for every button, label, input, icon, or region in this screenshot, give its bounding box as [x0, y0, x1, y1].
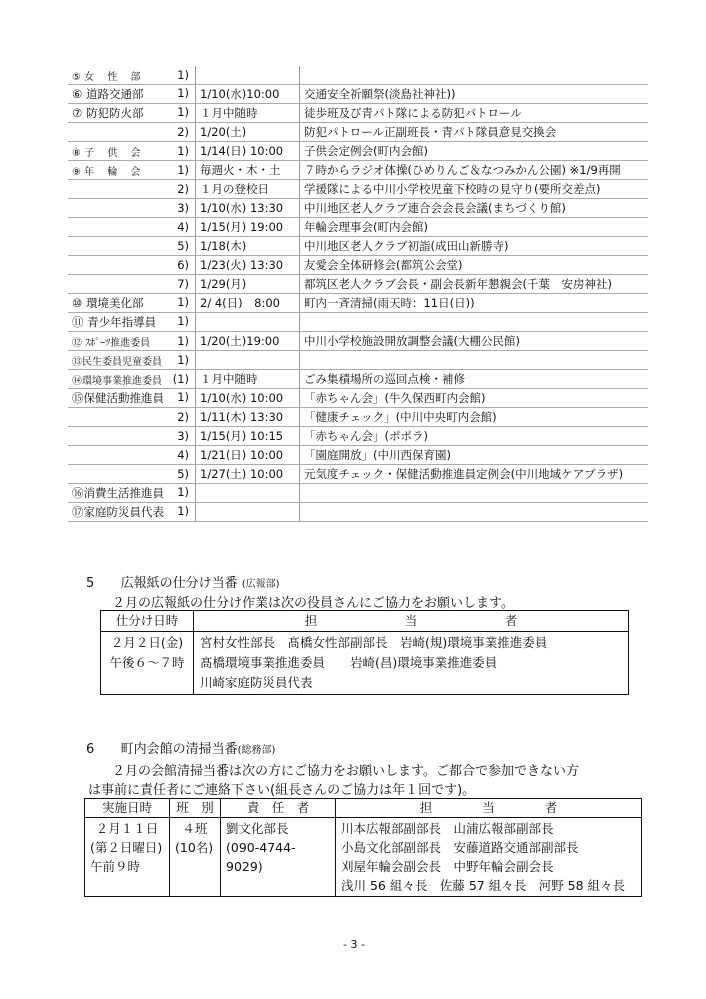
date-cell: 2/ 4(日) 8:00: [196, 294, 300, 313]
schedule-row: 4)1/21(日) 10:00「園庭開放」(中川西保育園): [68, 446, 648, 465]
date-cell: 1/27(土) 10:00: [196, 465, 300, 484]
group-name: ⑨ 年 輪 会: [72, 163, 141, 178]
cleaning-date: ２月１１日: [90, 819, 164, 838]
schedule-row: ⑤ 女 性 部1): [68, 66, 648, 85]
group-cell: ⑩ 環境美化部1): [68, 294, 196, 313]
group-cell: ⑪ 青少年指導員1): [68, 313, 196, 332]
group-cell: ⑭環境事業推進委員(1): [68, 370, 196, 389]
date-cell: 1/15(月) 19:00: [196, 218, 300, 237]
event-cell: ７時からラジオ体操(ひめりんご＆なつみかん公園) ※1/9再開: [300, 161, 649, 180]
schedule-row: ⑨ 年 輪 会1)毎週火・木・土７時からラジオ体操(ひめりんご＆なつみかん公園)…: [68, 161, 648, 180]
date-cell: 1/23(火) 13:30: [196, 256, 300, 275]
event-cell: 交通安全祈願祭(淡島社神社)): [300, 85, 649, 104]
staff-line: 川本広報部副部長 山浦広報部副部長: [341, 819, 636, 838]
group-cell: ⑰家庭防災員代表1): [68, 503, 196, 522]
schedule-row: ⑬民生委員児童委員1): [68, 351, 648, 370]
leader-name: 劉文化部長: [226, 819, 330, 838]
date-cell: 1/10(水) 10:00: [196, 389, 300, 408]
event-cell: 学援隊による中川小学校児童下校時の見守り(要所交差点): [300, 180, 649, 199]
date-cell: [196, 484, 300, 503]
group-cell: ⑦ 防犯防火部1): [68, 104, 196, 123]
schedule-row: ⑧ 子 供 会1)1/14(日) 10:00子供会定例会(町内会館): [68, 142, 648, 161]
group-name: ⑤ 女 性 部: [72, 68, 141, 83]
header-sorting-datetime: 仕分け日時: [101, 611, 194, 632]
staff-line: 浅川 56 組々長 佐藤 57 組々長 河野 58 組々長: [341, 876, 636, 895]
group-cell: 7): [68, 275, 196, 294]
schedule-row: ⑩ 環境美化部1)2/ 4(日) 8:00町内一斉清掃(雨天時：11日(日)): [68, 294, 648, 313]
group-name: ４班: [175, 819, 215, 838]
event-cell: [300, 66, 649, 85]
group-cell: 5): [68, 465, 196, 484]
group-cell: ⑥ 道路交通部1): [68, 85, 196, 104]
section5-dept: (広報部): [242, 579, 280, 590]
date-cell: 1/15(月) 10:15: [196, 427, 300, 446]
schedule-row: 2)１月の登校日学援隊による中川小学校児童下校時の見守り(要所交差点): [68, 180, 648, 199]
group-cell: ⑮保健活動推進員1): [68, 389, 196, 408]
schedule-row: 4)1/15(月) 19:00年輪会理事会(町内会館): [68, 218, 648, 237]
date-cell: 1/10(水)10:00: [196, 85, 300, 104]
monthly-activity-schedule-table: ⑤ 女 性 部1)⑥ 道路交通部1)1/10(水)10:00交通安全祈願祭(淡島…: [68, 66, 648, 522]
item-number: (1): [173, 372, 189, 386]
item-number: 5): [177, 239, 189, 253]
event-cell: 中川小学校施設開放調整会議(大棚公民館): [300, 332, 649, 351]
date-cell: [196, 503, 300, 522]
event-cell: [300, 351, 649, 370]
group-cell: ⑫ ｽﾎﾟｰﾂ推進委員1): [68, 332, 196, 351]
staff-line: 川崎家庭防災員代表: [200, 673, 622, 693]
item-number: 1): [177, 485, 189, 499]
section6-dept: (総務部): [238, 745, 276, 756]
event-cell: [300, 503, 649, 522]
group-cell: ⑧ 子 供 会1): [68, 142, 196, 161]
item-number: 1): [177, 353, 189, 367]
item-number: 3): [177, 429, 189, 443]
schedule-row: 7)1/29(月)都筑区老人クラブ会長・副会長新年懇親会(千葉 安房神社): [68, 275, 648, 294]
event-cell: 中川地区老人クラブ連合会会長会議(まちづくり館): [300, 199, 649, 218]
item-number: 7): [177, 277, 189, 291]
event-cell: 子供会定例会(町内会館): [300, 142, 649, 161]
section6-intro-line2: は事前に責任者にご連絡下さい(組長さんのご協力は年１回です)。: [88, 779, 475, 798]
cleaning-day: (第２日曜日): [90, 838, 164, 857]
item-number: 6): [177, 258, 189, 272]
date-cell: 1/11(木) 13:30: [196, 408, 300, 427]
event-cell: 「赤ちゃん会」(ポポラ): [300, 427, 649, 446]
group-cell: 3): [68, 199, 196, 218]
date-cell: 1/20(土): [196, 123, 300, 142]
group-name: ⑰家庭防災員代表: [72, 504, 164, 520]
date-cell: 1/29(月): [196, 275, 300, 294]
section6-intro-line1: ２月の会館清掃当番は次の方にご協力をお願いします。ご都合で参加できない方: [112, 760, 579, 779]
schedule-row: ⑭環境事業推進委員(1)１月中随時ごみ集積場所の巡回点検・補修: [68, 370, 648, 389]
event-cell: 年輪会理事会(町内会館): [300, 218, 649, 237]
item-number: 1): [177, 68, 189, 82]
header-staff: 担 当 者: [336, 799, 642, 818]
header-leader: 責 任 者: [221, 799, 336, 818]
leader-phone: (090-4744-9029): [226, 838, 330, 876]
cleaning-duty-table: 実施日時 班 別 責 任 者 担 当 者 ２月１１日 (第２日曜日) 午前９時 …: [84, 798, 642, 897]
date-cell: 1/18(木): [196, 237, 300, 256]
event-cell: 「園庭開放」(中川西保育園): [300, 446, 649, 465]
group-name: ⑩ 環境美化部: [72, 295, 143, 311]
schedule-row: ⑫ ｽﾎﾟｰﾂ推進委員1)1/20(土)19:00中川小学校施設開放調整会議(大…: [68, 332, 648, 351]
date-cell: 毎週火・木・土: [196, 161, 300, 180]
group-name: ⑭環境事業推進委員: [72, 372, 162, 387]
date-cell: １月の登校日: [196, 180, 300, 199]
group-cell: 4): [68, 446, 196, 465]
item-number: 3): [177, 201, 189, 215]
sorting-time: 午後６～７時: [107, 653, 187, 673]
schedule-row: ⑪ 青少年指導員1): [68, 313, 648, 332]
schedule-row: 5)1/27(土) 10:00元気度チェック・保健活動推進員定例会(中川地域ケア…: [68, 465, 648, 484]
event-cell: 「健康チェック」(中川中央町内会館): [300, 408, 649, 427]
item-number: 1): [177, 334, 189, 348]
header-group: 班 別: [170, 799, 221, 818]
group-cell: 2): [68, 408, 196, 427]
group-size: (10名): [175, 838, 215, 857]
schedule-row: 2)1/11(木) 13:30「健康チェック」(中川中央町内会館): [68, 408, 648, 427]
group-cell: ⑯消費生活推進員1): [68, 484, 196, 503]
group-cell: 4): [68, 218, 196, 237]
group-cell: 2): [68, 180, 196, 199]
schedule-row: ⑦ 防犯防火部1)１月中随時徒歩班及び青パト隊による防犯パトロール: [68, 104, 648, 123]
group-cell: 2): [68, 123, 196, 142]
section6-heading: 6 町内会館の清掃当番(総務部): [86, 738, 275, 757]
item-number: 2): [177, 182, 189, 196]
date-cell: １月中随時: [196, 104, 300, 123]
date-cell: 1/14(日) 10:00: [196, 142, 300, 161]
sorting-duty-table: 仕分け日時 担 当 者 ２月２日(金) 午後６～７時 宮村女性部長 髙橋女性部副…: [100, 610, 629, 695]
group-cell: ⑨ 年 輪 会1): [68, 161, 196, 180]
page-number: - 3 -: [343, 938, 365, 951]
schedule-row: ⑮保健活動推進員1)1/10(水) 10:00「赤ちゃん会」(牛久保西町内会館): [68, 389, 648, 408]
header-date: 実施日時: [85, 799, 170, 818]
group-name: ⑪ 青少年指導員: [72, 314, 156, 330]
date-cell: [196, 313, 300, 332]
group-name: ⑦ 防犯防火部: [72, 105, 143, 121]
group-name: ⑬民生委員児童委員: [72, 353, 162, 368]
sorting-date: ２月２日(金): [107, 633, 187, 653]
item-number: 1): [177, 390, 189, 404]
event-cell: 「赤ちゃん会」(牛久保西町内会館): [300, 389, 649, 408]
group-cell: 5): [68, 237, 196, 256]
event-cell: 徒歩班及び青パト隊による防犯パトロール: [300, 104, 649, 123]
date-cell: 1/10(水) 13:30: [196, 199, 300, 218]
group-cell: ⑤ 女 性 部1): [68, 66, 196, 85]
item-number: 1): [177, 314, 189, 328]
item-number: 1): [177, 504, 189, 518]
date-cell: １月中随時: [196, 370, 300, 389]
item-number: 1): [177, 144, 189, 158]
section5-title: 広報紙の仕分け当番: [121, 576, 238, 591]
event-cell: 防犯パトロール正副班長・青パト隊員意見交換会: [300, 123, 649, 142]
item-number: 4): [177, 220, 189, 234]
date-cell: 1/20(土)19:00: [196, 332, 300, 351]
event-cell: 町内一斉清掃(雨天時：11日(日)): [300, 294, 649, 313]
section5-intro: ２月の広報紙の仕分け作業は次の役員さんにご協力をお願いします。: [112, 592, 514, 611]
schedule-row: ⑯消費生活推進員1): [68, 484, 648, 503]
group-cell: 3): [68, 427, 196, 446]
item-number: 1): [177, 105, 189, 119]
date-cell: 1/21(日) 10:00: [196, 446, 300, 465]
group-name: ⑯消費生活推進員: [72, 485, 164, 501]
date-cell: [196, 351, 300, 370]
item-number: 5): [177, 467, 189, 481]
cleaning-time: 午前９時: [90, 857, 164, 876]
header-staff: 担 当 者: [194, 611, 629, 632]
event-cell: [300, 313, 649, 332]
item-number: 1): [177, 295, 189, 309]
item-number: 1): [177, 163, 189, 177]
group-cell: 6): [68, 256, 196, 275]
event-cell: 中川地区老人クラブ初詣(成田山新勝寺): [300, 237, 649, 256]
staff-line: 宮村女性部長 髙橋女性部副部長 岩崎(規)環境事業推進委員: [200, 633, 622, 653]
section5-number: 5: [86, 576, 94, 591]
event-cell: [300, 484, 649, 503]
staff-line: 刈屋年輪会副会長 中野年輪会副会長: [341, 857, 636, 876]
event-cell: ごみ集積場所の巡回点検・補修: [300, 370, 649, 389]
section6-number: 6: [86, 742, 94, 757]
group-name: ⑮保健活動推進員: [72, 390, 164, 406]
event-cell: 都筑区老人クラブ会長・副会長新年懇親会(千葉 安房神社): [300, 275, 649, 294]
staff-line: 小島文化部副部長 安藤道路交通部副部長: [341, 838, 636, 857]
item-number: 4): [177, 448, 189, 462]
item-number: 2): [177, 125, 189, 139]
schedule-row: ⑰家庭防災員代表1): [68, 503, 648, 522]
group-name: ⑫ ｽﾎﾟｰﾂ推進委員: [72, 334, 150, 349]
item-number: 1): [177, 86, 189, 100]
section5-heading: 5 広報紙の仕分け当番 (広報部): [86, 572, 280, 591]
schedule-row: 3)1/15(月) 10:15「赤ちゃん会」(ポポラ): [68, 427, 648, 446]
group-name: ⑧ 子 供 会: [72, 144, 141, 159]
schedule-row: 2)1/20(土)防犯パトロール正副班長・青パト隊員意見交換会: [68, 123, 648, 142]
event-cell: 友愛会全体研修会(都筑公会堂): [300, 256, 649, 275]
section6-title: 町内会館の清掃当番: [121, 742, 238, 757]
group-cell: ⑬民生委員児童委員1): [68, 351, 196, 370]
group-name: ⑥ 道路交通部: [72, 86, 143, 102]
item-number: 2): [177, 410, 189, 424]
schedule-row: 6)1/23(火) 13:30友愛会全体研修会(都筑公会堂): [68, 256, 648, 275]
schedule-row: 5)1/18(木)中川地区老人クラブ初詣(成田山新勝寺): [68, 237, 648, 256]
event-cell: 元気度チェック・保健活動推進員定例会(中川地域ケアプラザ): [300, 465, 649, 484]
schedule-row: ⑥ 道路交通部1)1/10(水)10:00交通安全祈願祭(淡島社神社)): [68, 85, 648, 104]
staff-line: 髙橋環境事業推進委員 岩崎(昌)環境事業推進委員: [200, 653, 622, 673]
date-cell: [196, 66, 300, 85]
schedule-row: 3)1/10(水) 13:30中川地区老人クラブ連合会会長会議(まちづくり館): [68, 199, 648, 218]
